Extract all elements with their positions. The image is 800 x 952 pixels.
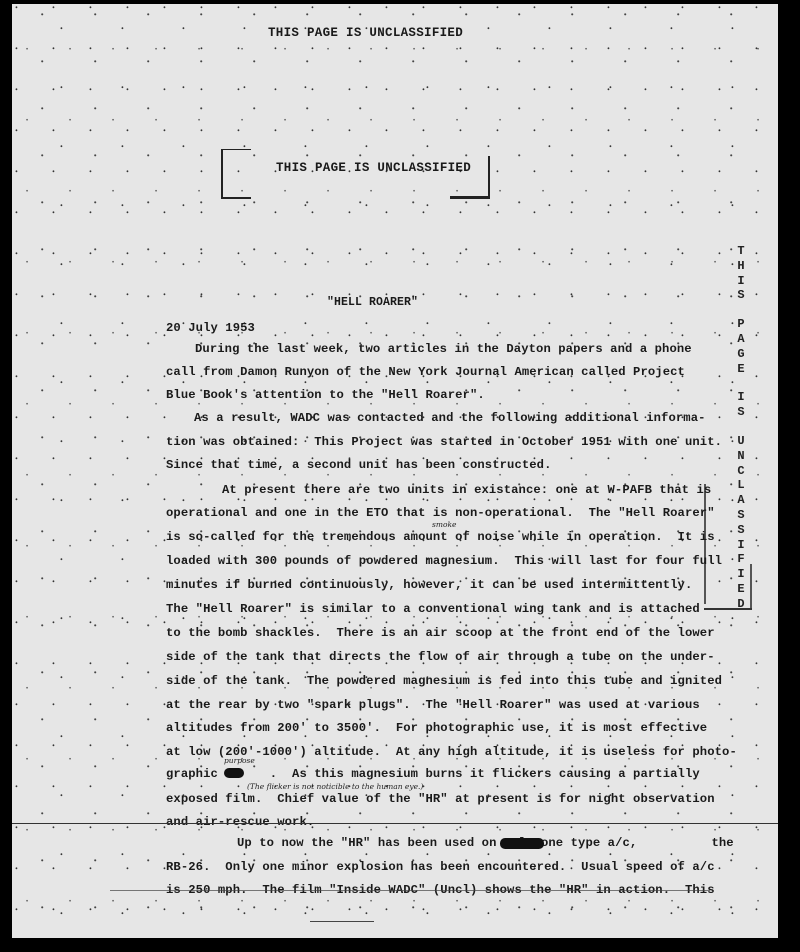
side-letter: I	[737, 538, 744, 553]
side-letter: I	[737, 390, 744, 405]
document-title: "HELL ROARER"	[327, 296, 418, 309]
handwritten-insert-purpose: purpose	[224, 756, 255, 765]
side-letter: I	[737, 567, 744, 582]
redaction-mark	[500, 838, 544, 849]
body-line: loaded with 300 pounds of powdered magne…	[166, 554, 722, 568]
side-letter: E	[737, 582, 744, 597]
side-letter: A	[737, 332, 744, 347]
scan-artifact-line	[110, 890, 710, 891]
body-line: at the rear by two "spark plugs". The "H…	[166, 698, 700, 712]
side-letter: S	[737, 508, 744, 523]
side-letter: F	[737, 552, 744, 567]
side-letter: P	[737, 317, 744, 332]
body-line: Since that time, a second unit has been …	[166, 458, 552, 472]
horizontal-rule	[12, 823, 778, 824]
side-letter: N	[737, 449, 744, 464]
body-line: side of the tank. The powdered magnesium…	[166, 674, 722, 688]
classification-stamp-box: THIS PAGE IS UNCLASSIFIED	[276, 161, 471, 175]
side-letter: T	[737, 244, 744, 259]
body-line: operational and one in the ETO that is n…	[166, 506, 715, 520]
document-date: 20 July 1953	[166, 321, 255, 335]
handwritten-note-flicker: (The flicker is not noticible to the hum…	[247, 782, 423, 791]
side-letter: G	[737, 347, 744, 362]
body-line: is so-called for the tremendous amount o…	[166, 530, 715, 544]
body-line: As a result, WADC was contacted and the …	[194, 411, 706, 425]
body-line: RB-26. Only one minor explosion has been…	[166, 860, 715, 874]
side-bracket-right	[750, 564, 752, 609]
body-line: exposed film. Chief value of the "HR" at…	[166, 792, 715, 806]
body-line: The "Hell Roarer" is similar to a conven…	[166, 602, 700, 616]
body-line: During the last week, two articles in th…	[195, 342, 692, 356]
body-line: call from Damon Runyon of the New York J…	[166, 365, 685, 379]
body-line: tion was obtained: This Project was star…	[166, 435, 722, 449]
body-line: minutes if burned continuously, however,…	[166, 578, 692, 592]
side-letter: S	[737, 288, 744, 303]
side-letter: E	[737, 362, 744, 377]
side-letter: C	[737, 464, 744, 479]
box-bracket-left	[221, 149, 251, 199]
side-letter: H	[737, 259, 744, 274]
side-letter: U	[737, 434, 744, 449]
classification-stamp-top: THIS PAGE IS UNCLASSIFIED	[268, 26, 463, 40]
body-line: side of the tank that directs the flow o…	[166, 650, 715, 664]
handwritten-insert-smoke: smoke	[432, 520, 456, 529]
body-line: to the bomb shackles. There is an air sc…	[166, 626, 715, 640]
body-line: Up to now the "HR" has been used on only…	[237, 836, 734, 850]
scan-artifact-line	[310, 921, 374, 922]
side-letter: S	[737, 405, 744, 420]
side-letter: L	[737, 478, 744, 493]
body-line: At present there are two units in exista…	[222, 483, 711, 497]
body-line: graphic . As this magnesium burns it fli…	[166, 767, 700, 781]
body-line: altitudes from 200' to 3500'. For photog…	[166, 721, 707, 735]
scanned-document-page: THIS PAGE IS UNCLASSIFIED THIS PAGE IS U…	[12, 4, 778, 938]
side-bracket-left	[704, 484, 706, 604]
side-letter: I	[737, 274, 744, 289]
body-line: Blue Book's attention to the "Hell Roare…	[166, 388, 485, 402]
body-line: and air-rescue work.	[166, 815, 314, 829]
side-letter: A	[737, 493, 744, 508]
classification-stamp-vertical: T H I S P A G E I S U N C L A S S I F I …	[731, 244, 751, 612]
side-bracket-bottom	[704, 608, 752, 610]
side-letter: S	[737, 523, 744, 538]
